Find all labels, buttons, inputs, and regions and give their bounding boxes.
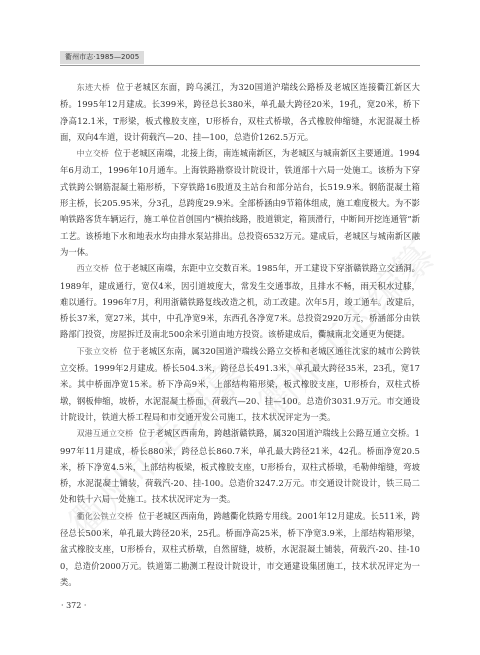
entry-title: 东迹大桥	[77, 83, 111, 92]
entry-body: 位于老城区东南，属320国道沪瑞线公路立交桥和老城区通往沈家的城市公跨铁立交桥。…	[60, 346, 420, 422]
entry-body: 位于老城区南端，北接上街，南连城南新区，为老城区与城南新区主要通道。1994年6…	[60, 148, 420, 257]
entry-title: 下张立交桥	[77, 347, 118, 356]
paragraph-dongji-bridge: 东迹大桥 位于老城区东面，跨乌溪江，为320国道沪瑞线公路桥及老城区连接衢江新区…	[60, 79, 420, 145]
paragraph-shuanggang-interchange: 双港互通立交桥 位于老城区西南角，跨越浙赣铁路，属320国道沪瑞线上公路互通立交…	[60, 425, 420, 507]
page-header: 衢州市志·1985—2005	[60, 51, 420, 66]
entry-body: 位于老城区西南角，跨越浙赣铁路，属320国道沪瑞线上公路互通立交桥。1997年1…	[60, 428, 420, 504]
entry-title: 衢化公铁立交桥	[77, 512, 133, 521]
entry-title: 双港互通立交桥	[77, 429, 134, 438]
paragraph-zhong-overpass: 中立交桥 位于老城区南端，北接上街，南连城南新区，为老城区与城南新区主要通道。1…	[60, 145, 420, 260]
page-number: · 372 ·	[61, 601, 86, 610]
running-title: 衢州市志·1985—2005	[60, 51, 144, 64]
entry-title: 西立交桥	[77, 264, 109, 273]
entry-body: 位于老城区西南角，跨越衢化铁路专用线。2001年12月建成。长511米，跨径总长…	[60, 511, 420, 587]
paragraph-xiazhang-overpass: 下张立交桥 位于老城区东南，属320国道沪瑞线公路立交桥和老城区通往沈家的城市公…	[60, 343, 420, 425]
entry-title: 中立交桥	[77, 149, 109, 158]
page-body: 东迹大桥 位于老城区东面，跨乌溪江，为320国道沪瑞线公路桥及老城区连接衢江新区…	[60, 79, 420, 590]
paragraph-quhua-overpass: 衢化公铁立交桥 位于老城区西南角，跨越衢化铁路专用线。2001年12月建成。长5…	[60, 508, 420, 590]
entry-body: 位于老城区东面，跨乌溪江，为320国道沪瑞线公路桥及老城区连接衢江新区大桥。19…	[60, 82, 420, 142]
paragraph-xi-overpass: 西立交桥 位于老城区南端，东距中立交数百米。1985年，开工建设下穿浙赣铁路立交…	[60, 260, 420, 342]
entry-body: 位于老城区南端，东距中立交数百米。1985年，开工建设下穿浙赣铁路立交涵洞。19…	[60, 263, 420, 339]
